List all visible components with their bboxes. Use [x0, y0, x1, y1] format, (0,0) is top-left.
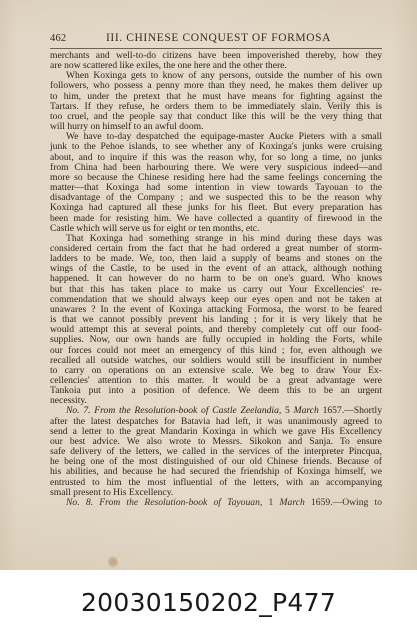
running-title: III. CHINESE CONQUEST OF FORMOSA: [106, 32, 331, 44]
scanned-page: 462 III. CHINESE CONQUEST OF FORMOSA mer…: [0, 0, 417, 570]
entry-8-month: March: [280, 497, 305, 508]
entry-7-rest: —Shortly: [344, 405, 382, 416]
text-line: Koxinga had captured all these junks for…: [50, 203, 382, 213]
entry-7-year: 1657.: [323, 405, 345, 416]
entry-8-source: From the Resolution-book of Tayouan,: [99, 497, 262, 508]
entry-8-day: 1: [269, 497, 274, 508]
body-text: merchants and well-to-do citizens have b…: [50, 51, 382, 508]
entry-8-number: No. 8.: [66, 497, 93, 508]
entry-8-heading: No. 8. From the Resolution-book of Tayou…: [50, 498, 382, 508]
paper-stain: [108, 556, 118, 568]
entry-7-number: No. 7.: [66, 405, 91, 416]
entry-7-day: 5: [285, 405, 290, 416]
header-rule: [50, 48, 382, 49]
page-number: 462: [50, 33, 66, 44]
entry-8-year: 1659.: [311, 497, 333, 508]
entry-8-rest: —Owing to: [333, 497, 382, 508]
entry-7-source: From the Resolution-book of Castle Zeela…: [94, 405, 281, 416]
page-header: 462 III. CHINESE CONQUEST OF FORMOSA: [50, 33, 382, 47]
entry-7-month: March: [294, 405, 319, 416]
image-caption: 20030150202_P477: [0, 588, 417, 617]
text-line: Tankoia put into a position of defence. …: [50, 386, 382, 396]
text-line: supplies. Now, our own hands are fully o…: [50, 335, 382, 345]
